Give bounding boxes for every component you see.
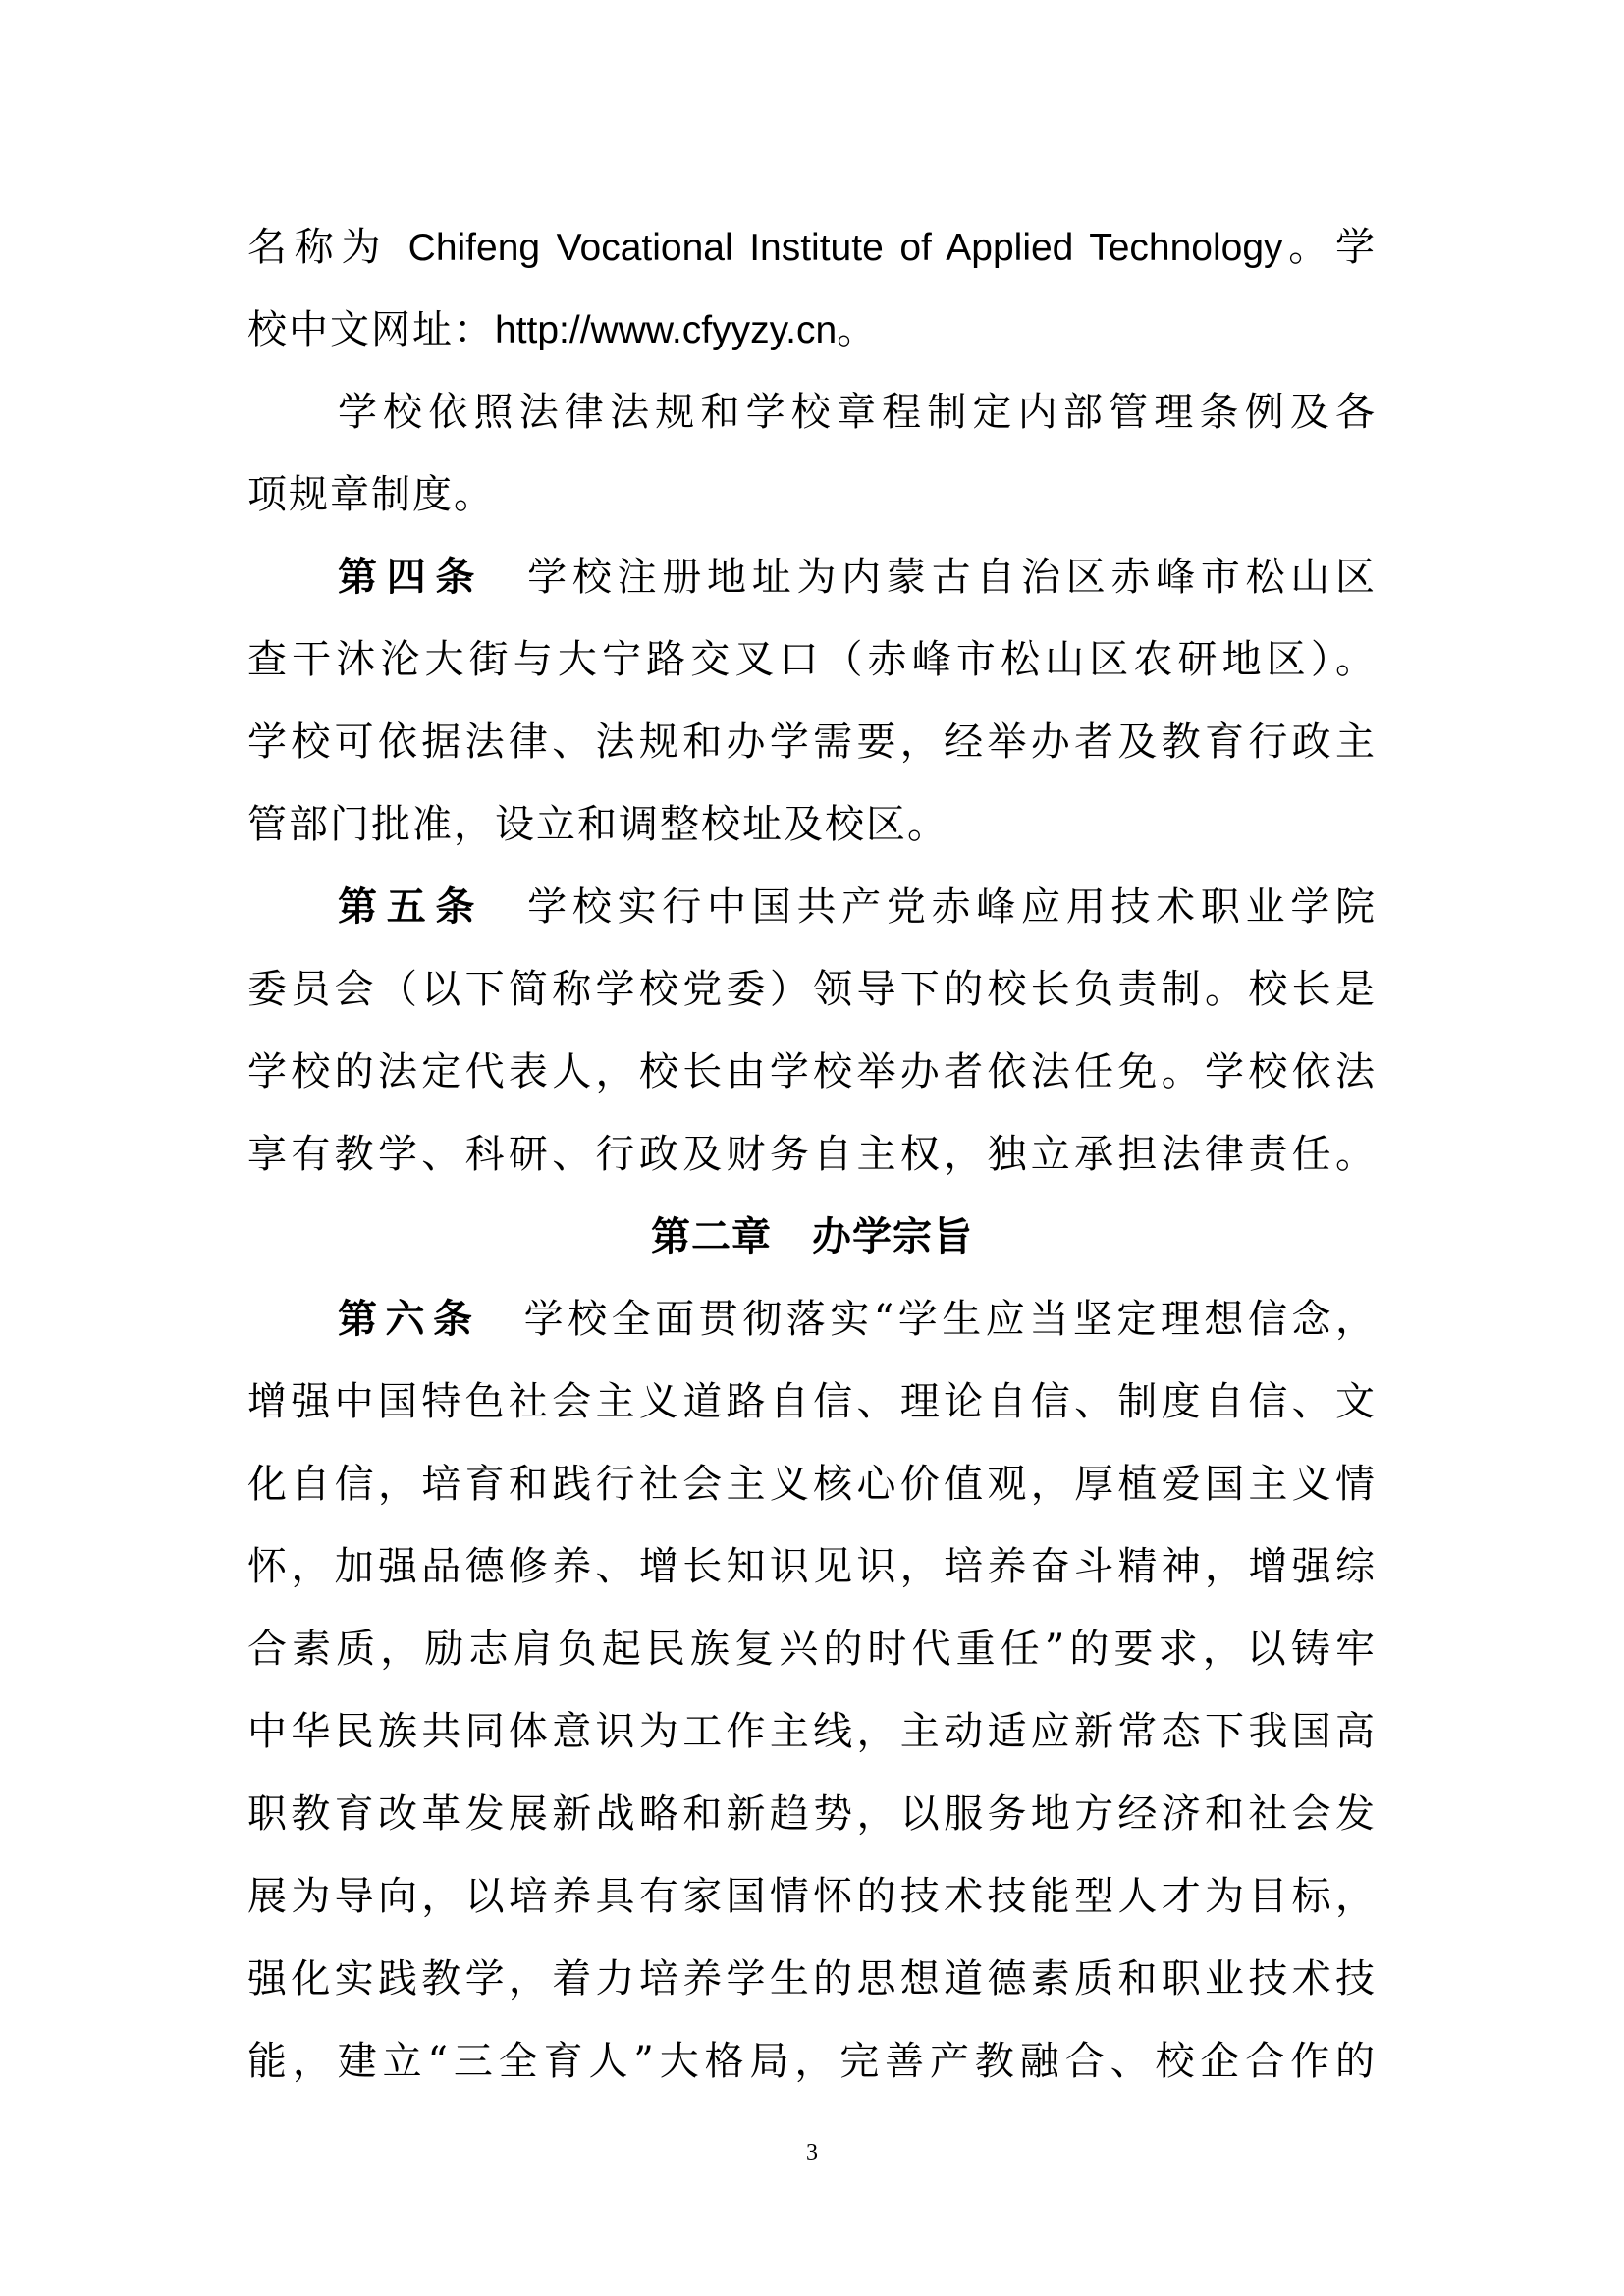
- text-line: 查干沐沦大街与大宁路交叉口（赤峰市松山区农研地区）。: [247, 630, 1377, 713]
- text-line: 增强中国特色社会主义道路自信、理论自信、制度自信、文: [247, 1372, 1377, 1455]
- text-line: 管部门批准，设立和调整校址及校区。: [247, 795, 1377, 878]
- article-5: 第五条学校实行中国共产党赤峰应用技术职业学院 委员会（以下简称学校党委）领导下的…: [247, 878, 1377, 1207]
- text-line: 享有教学、科研、行政及财务自主权，独立承担法律责任。: [247, 1125, 1377, 1207]
- article-label: 第六条: [338, 1296, 481, 1342]
- document-page: 名称为 Chifeng Vocational Institute of Appl…: [0, 0, 1624, 2296]
- article-label: 第五条: [338, 883, 484, 930]
- chapter-heading: 第二章 办学宗旨: [247, 1207, 1377, 1290]
- article-label: 第四条: [338, 554, 484, 600]
- text-line: 能，建立“三全育人”大格局，完善产教融合、校企合作的: [247, 2032, 1377, 2114]
- text-line: 职教育改革发展新战略和新趋势，以服务地方经济和社会发: [247, 1785, 1377, 1867]
- text-line: 委员会（以下简称学校党委）领导下的校长负责制。校长是: [247, 960, 1377, 1042]
- text-line: 合素质，励志肩负起民族复兴的时代重任”的要求，以铸牢: [247, 1620, 1377, 1702]
- text-line: 学校依照法律法规和学校章程制定内部管理条例及各: [247, 383, 1377, 465]
- text-line: 怀，加强品德修养、增长知识见识，培养奋斗精神，增强综: [247, 1537, 1377, 1620]
- article-3-continuation: 名称为 Chifeng Vocational Institute of Appl…: [247, 218, 1377, 383]
- text-line: 学校可依据法律、法规和办学需要，经举办者及教育行政主: [247, 713, 1377, 795]
- text-line: 校中文网址：http://www.cfyyzy.cn。: [247, 300, 1377, 383]
- text-line: 展为导向，以培养具有家国情怀的技术技能型人才为目标，: [247, 1867, 1377, 1949]
- text-line: 学校的法定代表人，校长由学校举办者依法任免。学校依法: [247, 1042, 1377, 1125]
- text-line: 名称为 Chifeng Vocational Institute of Appl…: [247, 218, 1377, 300]
- website-url: http://www.cfyyzy.cn: [495, 309, 837, 351]
- text-line: 化自信，培育和践行社会主义核心价值观，厚植爱国主义情: [247, 1455, 1377, 1537]
- page-number: 3: [0, 2140, 1624, 2166]
- article-6: 第六条学校全面贯彻落实“学生应当坚定理想信念， 增强中国特色社会主义道路自信、理…: [247, 1290, 1377, 2114]
- text-line: 项规章制度。: [247, 465, 1377, 548]
- text-line: 中华民族共同体意识为工作主线，主动适应新常态下我国高: [247, 1702, 1377, 1785]
- paragraph-regulations: 学校依照法律法规和学校章程制定内部管理条例及各 项规章制度。: [247, 383, 1377, 548]
- text-line: 第六条学校全面贯彻落实“学生应当坚定理想信念，: [247, 1290, 1377, 1372]
- body-text-column: 名称为 Chifeng Vocational Institute of Appl…: [247, 218, 1377, 2114]
- text-line: 强化实践教学，着力培养学生的思想道德素质和职业技术技: [247, 1949, 1377, 2032]
- english-school-name: Chifeng Vocational Institute of Applied …: [408, 227, 1283, 269]
- text-line: 第四条学校注册地址为内蒙古自治区赤峰市松山区: [247, 548, 1377, 630]
- article-4: 第四条学校注册地址为内蒙古自治区赤峰市松山区 查干沐沦大街与大宁路交叉口（赤峰市…: [247, 548, 1377, 878]
- text-line: 第五条学校实行中国共产党赤峰应用技术职业学院: [247, 878, 1377, 960]
